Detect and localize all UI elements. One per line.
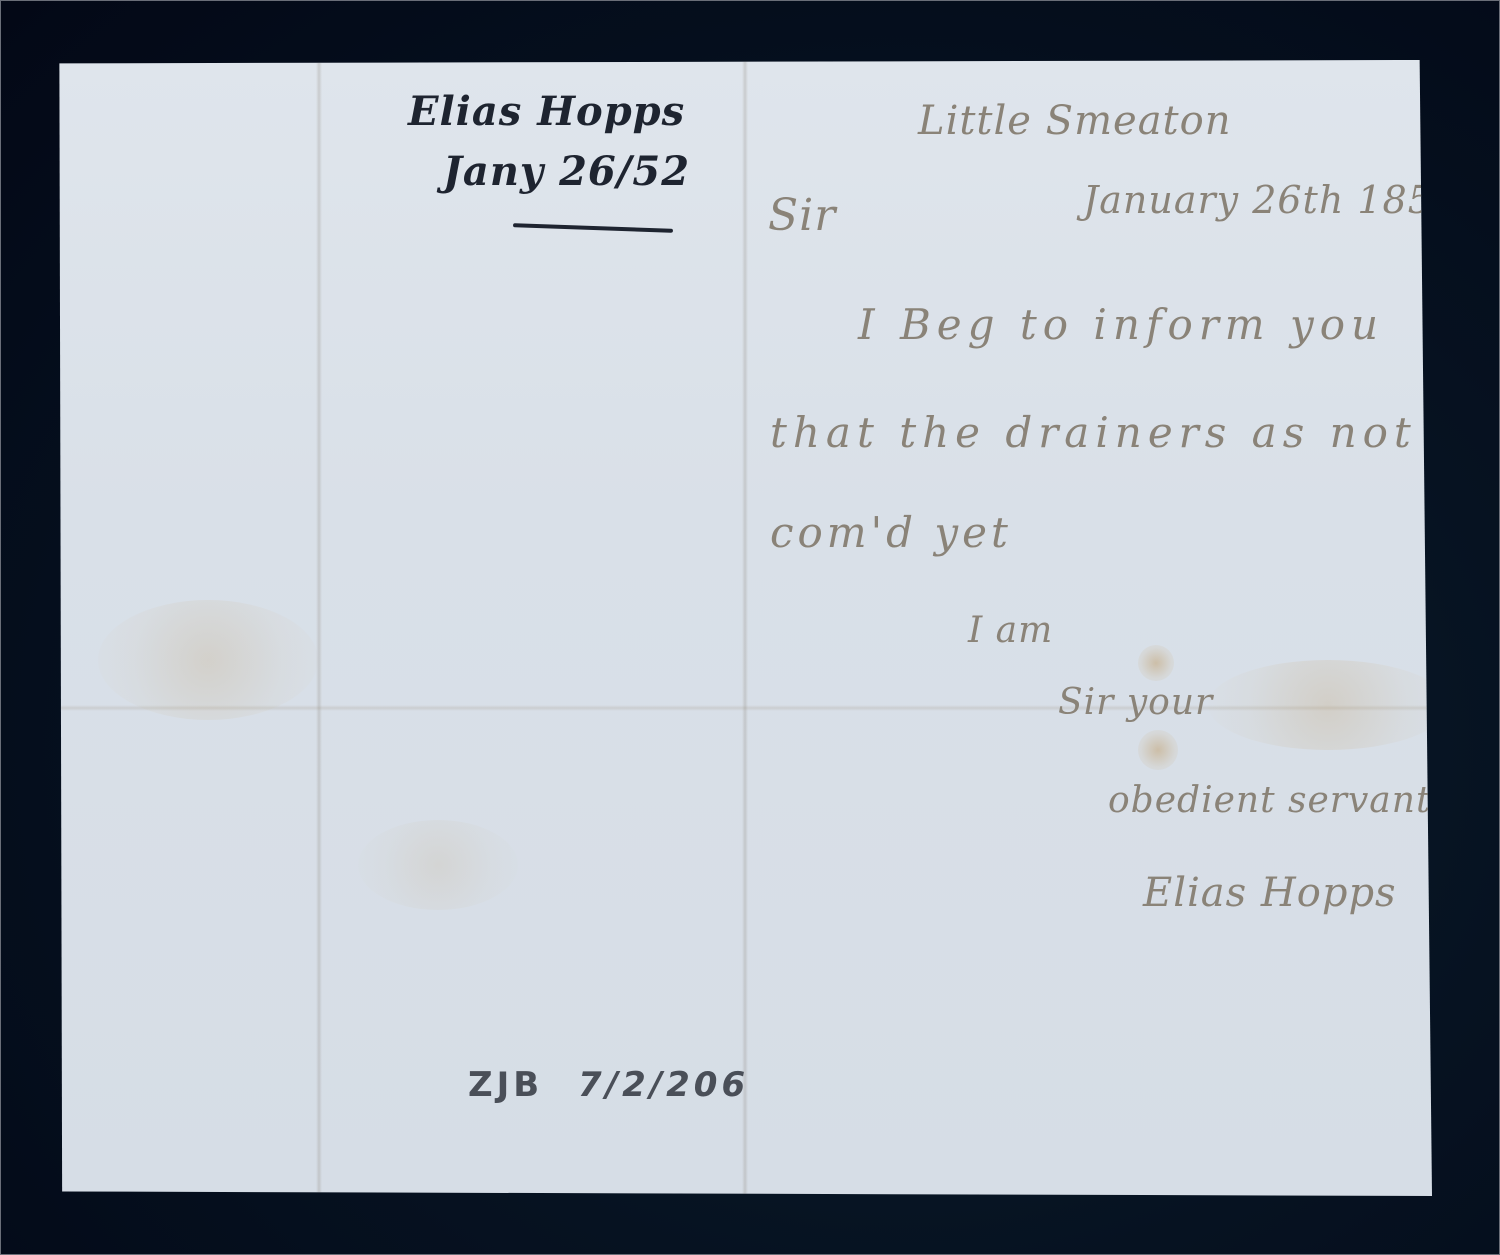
archive-item-number: 7/2/206: [578, 1065, 749, 1105]
fold-line-left: [316, 60, 322, 1196]
letter-body-line-3: com'd yet: [770, 508, 1012, 557]
letter-sheet: Elias Hopps Jany 26/52 Little Smeaton Si…: [58, 60, 1432, 1196]
archive-collection-code: ZJB: [468, 1065, 543, 1105]
letter-closing-line-2: Sir your: [1058, 682, 1213, 723]
water-stain: [1208, 660, 1448, 750]
water-stain: [98, 600, 318, 720]
letter-place: Little Smeaton: [918, 98, 1231, 144]
letter-closing-line-1: I am: [968, 610, 1053, 651]
letter-salutation: Sir: [768, 190, 836, 241]
foxing-stain: [1138, 730, 1178, 770]
letter-body-line-2: that the drainers as not: [770, 408, 1417, 457]
letter-body-line-1: I Beg to inform you: [858, 300, 1384, 349]
letter-signature: Elias Hopps: [1143, 870, 1397, 916]
fold-line-right: [742, 60, 748, 1196]
letter-date: January 26th 1852: [1083, 178, 1458, 222]
foxing-stain: [1138, 645, 1174, 681]
letter-closing-line-3: obedient servant: [1108, 780, 1431, 821]
docket-underline: [513, 223, 673, 233]
docket-date: Jany 26/52: [443, 148, 690, 195]
water-stain: [358, 820, 518, 910]
docket-name: Elias Hopps: [408, 88, 685, 135]
